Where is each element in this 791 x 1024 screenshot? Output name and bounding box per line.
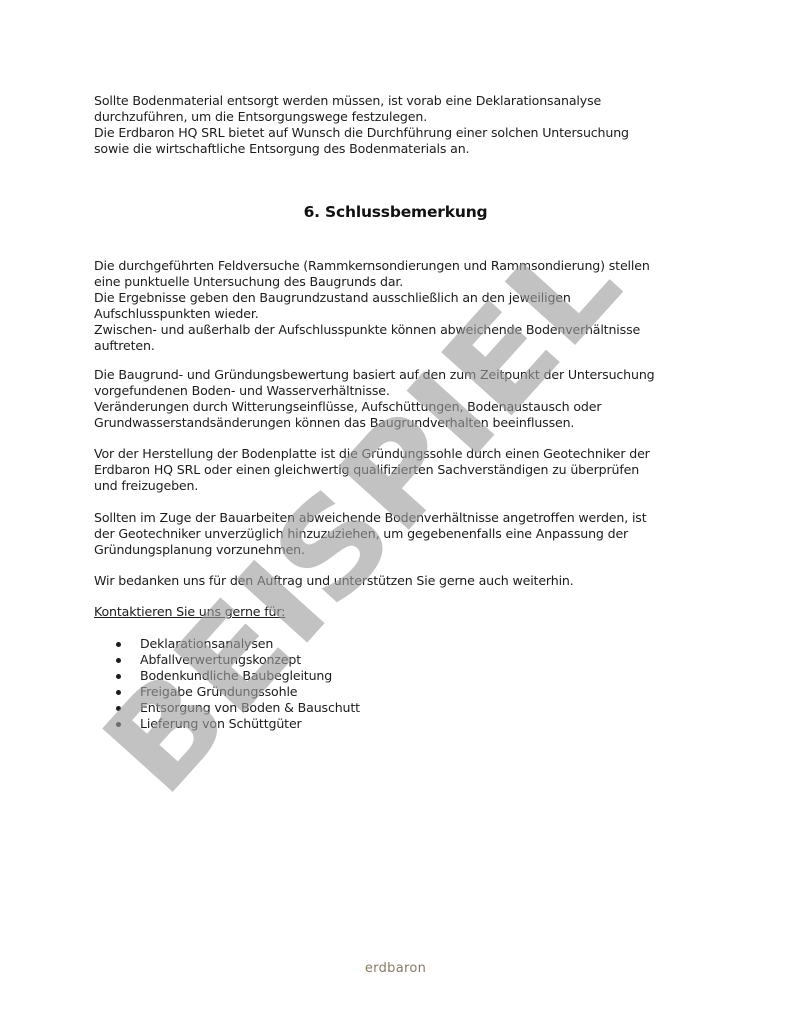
text-line: Zwischen- und außerhalb der Aufschlusspu…: [94, 322, 734, 338]
document-page: Sollte Bodenmaterial entsorgt werden müs…: [0, 0, 791, 1024]
text-line: Sollten im Zuge der Bauarbeiten abweiche…: [94, 510, 734, 526]
text-line: und freizugeben.: [94, 478, 734, 494]
paragraph-assessment: Die Baugrund- und Gründungsbewertung bas…: [94, 367, 734, 431]
list-item: Freigabe Gründungssohle: [116, 684, 360, 700]
text-line: vorgefundenen Boden- und Wasserverhältni…: [94, 383, 734, 399]
list-item: Entsorgung von Boden & Bauschutt: [116, 700, 360, 716]
text-line: Aufschlusspunkten wieder.: [94, 306, 734, 322]
text-line: sowie die wirtschaftliche Entsorgung des…: [94, 141, 734, 157]
text-line: Erdbaron HQ SRL oder einen gleichwertig …: [94, 462, 734, 478]
bullet-icon: [116, 658, 121, 663]
text-line: Gründungsplanung vorzunehmen.: [94, 542, 734, 558]
section-heading: 6. Schlussbemerkung: [0, 203, 791, 221]
text-line: Vor der Herstellung der Bodenplatte ist …: [94, 446, 734, 462]
text-line: Sollte Bodenmaterial entsorgt werden müs…: [94, 93, 734, 109]
bullet-icon: [116, 690, 121, 695]
text-line: auftreten.: [94, 338, 734, 354]
text-line: Die Erdbaron HQ SRL bietet auf Wunsch di…: [94, 125, 734, 141]
list-item: Deklarationsanalysen: [116, 636, 360, 652]
text-line: durchzuführen, um die Entsorgungswege fe…: [94, 109, 734, 125]
paragraph-thanks: Wir bedanken uns für den Auftrag und unt…: [94, 573, 734, 589]
intro-paragraph: Sollte Bodenmaterial entsorgt werden müs…: [94, 93, 734, 157]
text-line: Die Ergebnisse geben den Baugrundzustand…: [94, 290, 734, 306]
paragraph-foundation-inspection: Vor der Herstellung der Bodenplatte ist …: [94, 446, 734, 494]
text-line: Veränderungen durch Witterungseinflüsse,…: [94, 399, 734, 415]
list-item: Bodenkundliche Baubegleitung: [116, 668, 360, 684]
bullet-icon: [116, 642, 121, 647]
bullet-icon: [116, 706, 121, 711]
bullet-icon: [116, 722, 121, 727]
list-item: Lieferung von Schüttgüter: [116, 716, 360, 732]
text-line: eine punktuelle Untersuchung des Baugrun…: [94, 274, 734, 290]
text-line: der Geotechniker unverzüglich hinzuzuzie…: [94, 526, 734, 542]
paragraph-field-tests: Die durchgeführten Feldversuche (Rammker…: [94, 258, 734, 353]
bullet-icon: [116, 674, 121, 679]
text-line: Grundwasserstandsänderungen können das B…: [94, 415, 734, 431]
erdbaron-logo: erdbaron: [0, 961, 791, 976]
text-line: Die durchgeführten Feldversuche (Rammker…: [94, 258, 734, 274]
text-line: Die Baugrund- und Gründungsbewertung bas…: [94, 367, 734, 383]
contact-heading: Kontaktieren Sie uns gerne für:: [94, 604, 285, 619]
list-item: Abfallverwertungskonzept: [116, 652, 360, 668]
services-list: Deklarationsanalysen Abfallverwertungsko…: [116, 636, 360, 731]
paragraph-deviations: Sollten im Zuge der Bauarbeiten abweiche…: [94, 510, 734, 558]
text-line: Wir bedanken uns für den Auftrag und unt…: [94, 573, 734, 589]
